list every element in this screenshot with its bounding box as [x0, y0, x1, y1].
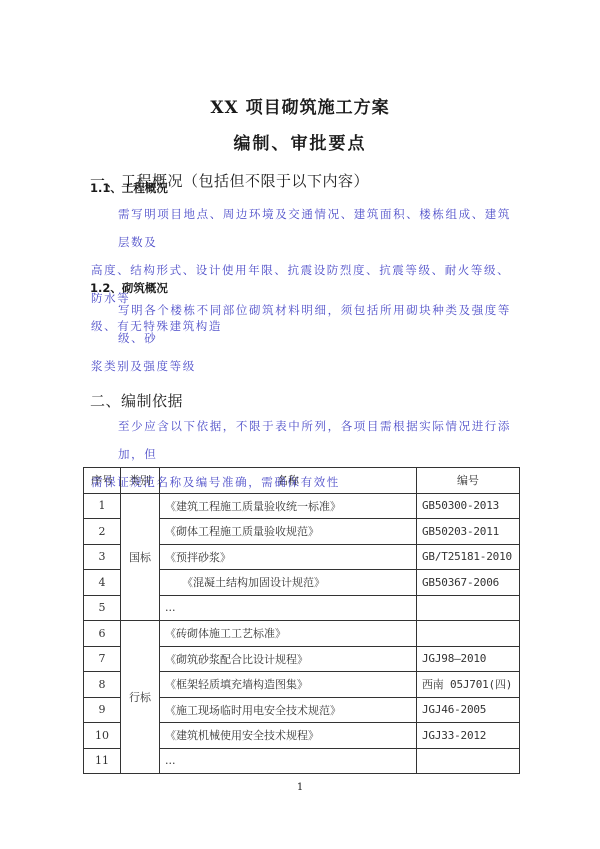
row-code: GB/T25181-2010 — [417, 544, 520, 570]
header-code: 编号 — [417, 468, 520, 494]
row-code: 西南 05J701(四) — [417, 672, 520, 698]
row-name: 《框架轻质填充墙构造图集》 — [160, 672, 417, 698]
row-no: 6 — [84, 621, 121, 647]
row-no: 2 — [84, 519, 121, 545]
section2-heading: 二、编制依据 — [90, 390, 183, 411]
basis-table: 序号 类别 名称 编号 1 国标 《建筑工程施工质量验收统一标准》 GB5030… — [83, 467, 520, 774]
row-no: 7 — [84, 646, 121, 672]
row-code — [417, 748, 520, 774]
row-name: 《砌筑砂浆配合比设计规程》 — [160, 646, 417, 672]
paragraph-line: 需写明项目地点、周边环境及交通情况、建筑面积、楼栋组成、建筑层数及 — [91, 200, 521, 256]
row-name: 《建筑工程施工质量验收统一标准》 — [160, 493, 417, 519]
subsection-1-1-heading: 1.1、工程概况 — [90, 180, 168, 196]
table-header-row: 序号 类别 名称 编号 — [84, 468, 520, 494]
table-row: 1 国标 《建筑工程施工质量验收统一标准》 GB50300-2013 — [84, 493, 520, 519]
paragraph-line: 浆类别及强度等级 — [91, 352, 521, 380]
header-category: 类别 — [121, 468, 160, 494]
row-code: JGJ46-2005 — [417, 697, 520, 723]
row-no: 10 — [84, 723, 121, 749]
document-subtitle: 编制、审批要点 — [0, 129, 600, 154]
category-industry: 行标 — [121, 621, 160, 774]
row-name: 《建筑机械使用安全技术规程》 — [160, 723, 417, 749]
row-name: ... — [160, 595, 417, 621]
row-name: ... — [160, 748, 417, 774]
row-code: GB50367-2006 — [417, 570, 520, 596]
category-national: 国标 — [121, 493, 160, 621]
row-no: 8 — [84, 672, 121, 698]
paragraph-line: 至少应含以下依据，不限于表中所列，各项目需根据实际情况进行添加，但 — [91, 412, 521, 468]
row-name: 《混凝土结构加固设计规范》 — [160, 570, 417, 596]
page-number: 1 — [0, 782, 600, 793]
row-no: 5 — [84, 595, 121, 621]
row-code: JGJ33-2012 — [417, 723, 520, 749]
row-name: 《预拌砂浆》 — [160, 544, 417, 570]
row-no: 3 — [84, 544, 121, 570]
row-code: GB50300-2013 — [417, 493, 520, 519]
row-code: JGJ98—2010 — [417, 646, 520, 672]
row-code — [417, 621, 520, 647]
document-title: XX 项目砌筑施工方案 — [0, 93, 600, 118]
row-name: 《施工现场临时用电安全技术规范》 — [160, 697, 417, 723]
table-row: 6 行标 《砖砌体施工工艺标准》 — [84, 621, 520, 647]
row-code: GB50203-2011 — [417, 519, 520, 545]
header-no: 序号 — [84, 468, 121, 494]
row-no: 4 — [84, 570, 121, 596]
row-name: 《砌体工程施工质量验收规范》 — [160, 519, 417, 545]
row-no: 1 — [84, 493, 121, 519]
subsection-1-2-body: 写明各个楼栋不同部位砌筑材料明细，须包括所用砌块种类及强度等级、砂 浆类别及强度… — [91, 296, 521, 380]
row-code — [417, 595, 520, 621]
subsection-1-2-heading: 1.2、砌筑概况 — [90, 280, 168, 296]
paragraph-line: 写明各个楼栋不同部位砌筑材料明细，须包括所用砌块种类及强度等级、砂 — [91, 296, 521, 352]
row-name: 《砖砌体施工工艺标准》 — [160, 621, 417, 647]
row-no: 9 — [84, 697, 121, 723]
row-no: 11 — [84, 748, 121, 774]
header-name: 名称 — [160, 468, 417, 494]
